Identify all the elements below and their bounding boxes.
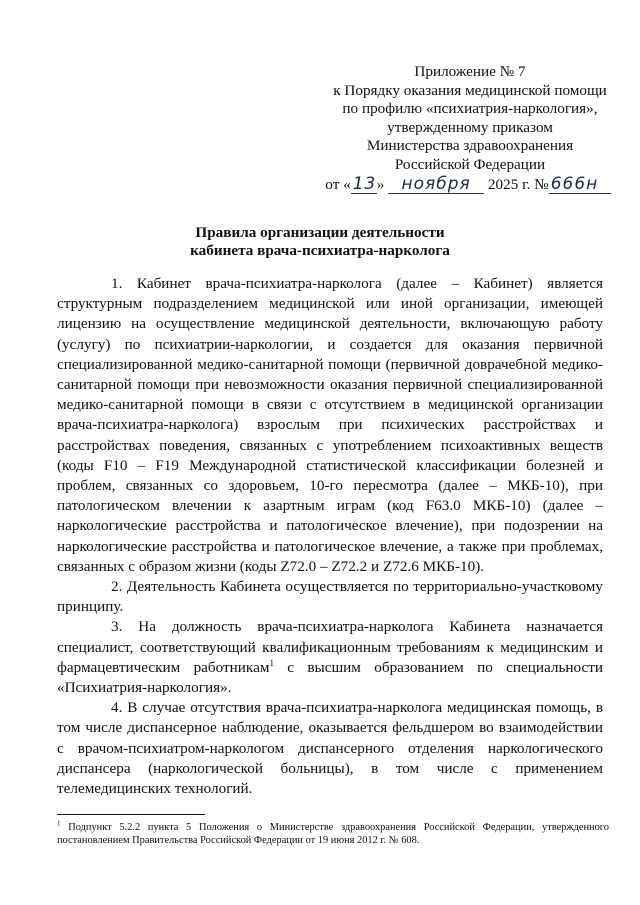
date-year: 2025 г. № bbox=[488, 176, 549, 193]
document-body: 1. Кабинет врача-психиатра-нарколога (да… bbox=[57, 274, 603, 799]
paragraph-2: 2. Деятельность Кабинета осуществляется … bbox=[57, 577, 603, 617]
date-mid: » bbox=[377, 176, 385, 193]
footnote: 1 Подпункт 5.2.2 пункта 5 Положения о Ми… bbox=[57, 822, 609, 847]
document-page: Приложение № 7 к Порядку оказания медици… bbox=[0, 0, 640, 905]
appendix-number: Приложение № 7 bbox=[320, 63, 620, 82]
appendix-line: Российской Федерации bbox=[320, 156, 620, 175]
date-prefix: от « bbox=[325, 176, 350, 193]
paragraph-3: 3. На должность врача-психиатра-нарколог… bbox=[57, 617, 603, 698]
title-line-1: Правила организации деятельности bbox=[100, 224, 540, 242]
handwritten-order-number: 666н bbox=[549, 175, 611, 195]
appendix-line: к Порядку оказания медицинской помощи bbox=[320, 82, 620, 101]
paragraph-4: 4. В случае отсутствия врача-психиатра-н… bbox=[57, 698, 603, 799]
order-date-line: от «13» ноября 2025 г. №666н bbox=[316, 175, 620, 195]
footnote-divider bbox=[57, 814, 205, 815]
handwritten-day: 13 bbox=[351, 175, 377, 195]
footnote-text: Подпункт 5.2.2 пункта 5 Положения о Мини… bbox=[57, 822, 609, 846]
appendix-header: Приложение № 7 к Порядку оказания медици… bbox=[320, 63, 620, 194]
document-title: Правила организации деятельности кабинет… bbox=[100, 224, 540, 260]
handwritten-month: ноября bbox=[388, 175, 484, 195]
appendix-line: Министерства здравоохранения bbox=[320, 137, 620, 156]
appendix-line: утвержденному приказом bbox=[320, 119, 620, 138]
paragraph-1: 1. Кабинет врача-психиатра-нарколога (да… bbox=[57, 274, 603, 577]
title-line-2: кабинета врача-психиатра-нарколога bbox=[100, 242, 540, 260]
appendix-line: по профилю «психиатрия-наркология», bbox=[320, 100, 620, 119]
